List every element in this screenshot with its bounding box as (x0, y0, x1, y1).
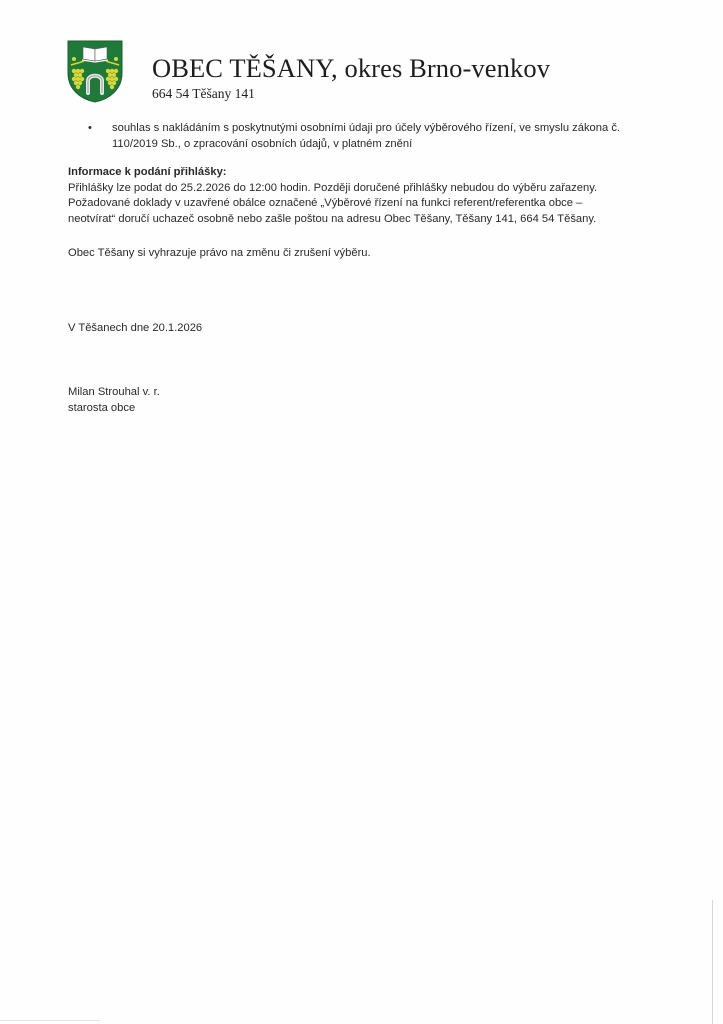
municipality-address: 664 54 Těšany 141 (152, 86, 255, 102)
application-info-line: neotvírat“ doručí uchazeč osobně nebo za… (68, 212, 597, 228)
bullet-marker: • (88, 121, 92, 137)
document-page: OBEC TĚŠANY, okres Brno-venkov 664 54 Tě… (0, 0, 723, 1024)
scan-edge-line (712, 900, 713, 1024)
municipality-title: OBEC TĚŠANY, okres Brno-venkov (152, 53, 550, 84)
place-and-date: V Těšanech dne 20.1.2026 (68, 321, 202, 337)
signature-block: Milan Strouhal v. r. starosta obce (68, 385, 160, 416)
application-info-line: Přihlášky lze podat do 25.2.2026 do 12:0… (68, 181, 597, 197)
bullet-line: 110/2019 Sb., o zpracování osobních údaj… (112, 137, 620, 153)
scan-bottom-line (0, 1020, 100, 1021)
coat-of-arms-icon (66, 39, 124, 103)
application-info-section: Informace k podání přihlášky: Přihlášky … (68, 165, 597, 227)
bullet-text: souhlas s nakládáním s poskytnutými osob… (112, 121, 620, 152)
signatory-role: starosta obce (68, 401, 160, 417)
reservation-note: Obec Těšany si vyhrazuje právo na změnu … (68, 246, 371, 262)
bullet-line: souhlas s nakládáním s poskytnutými osob… (112, 121, 620, 137)
application-info-heading: Informace k podání přihlášky: (68, 165, 597, 181)
signatory-name: Milan Strouhal v. r. (68, 385, 160, 401)
application-info-line: Požadované doklady v uzavřené obálce ozn… (68, 196, 597, 212)
